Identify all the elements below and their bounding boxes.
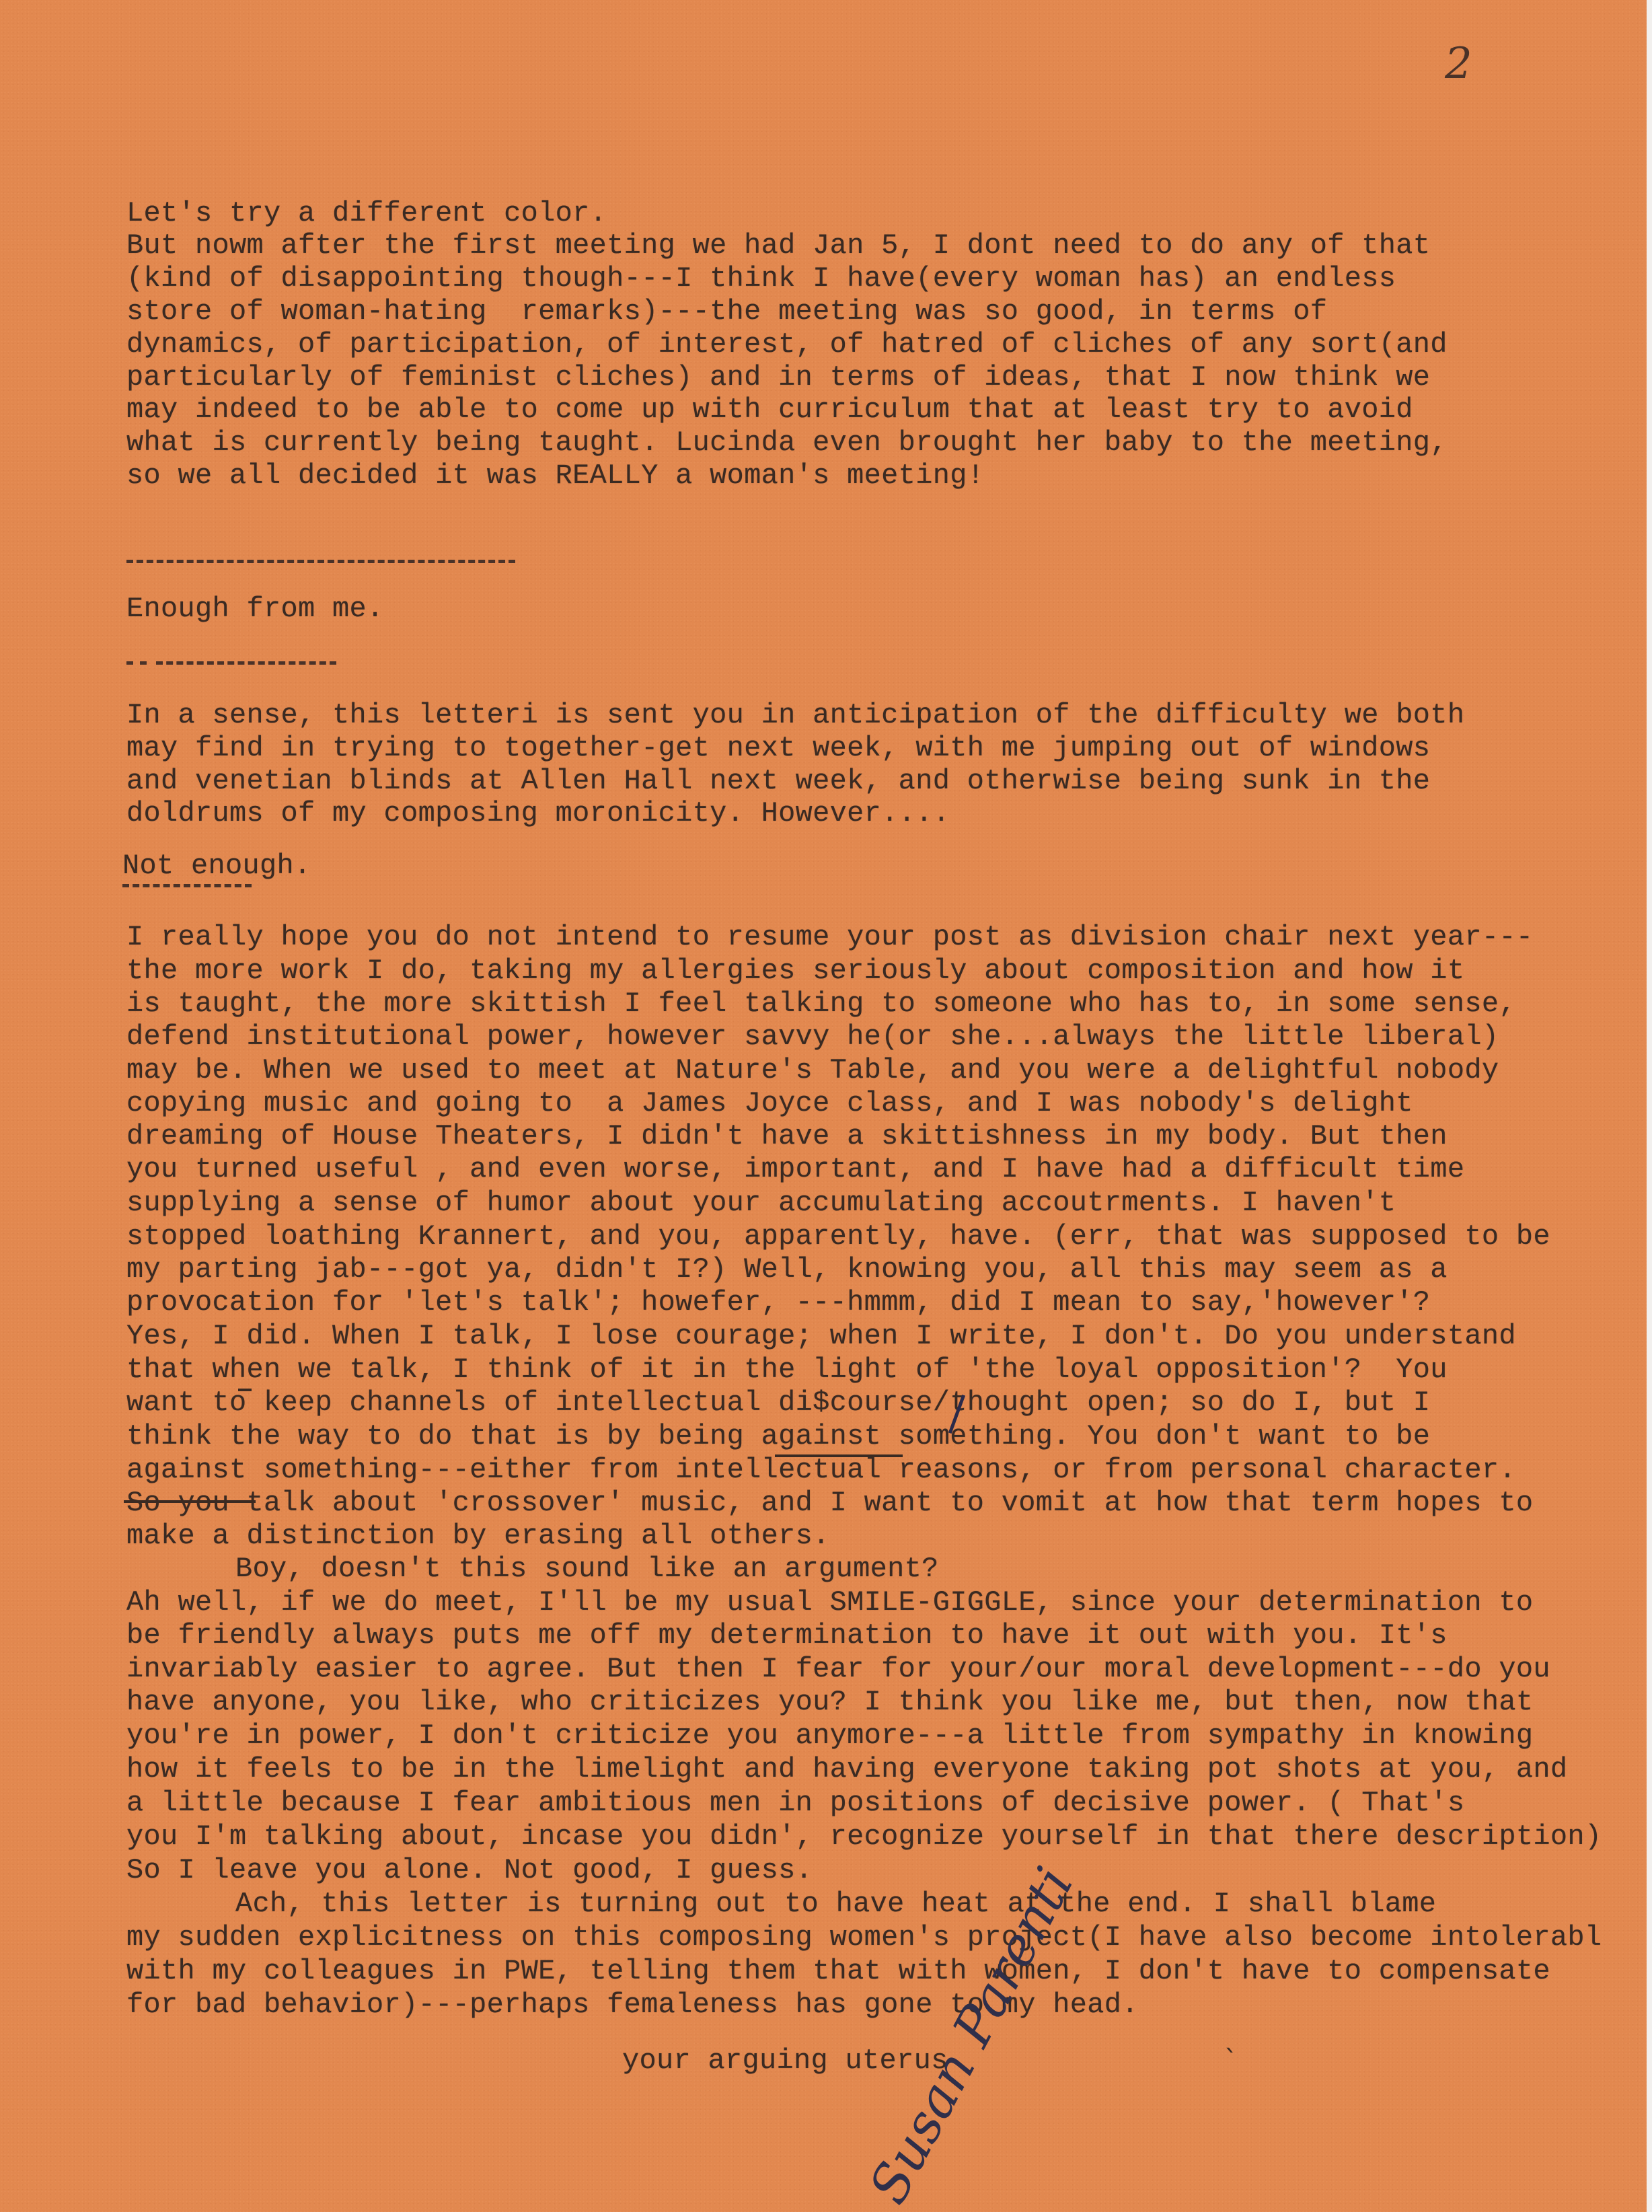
text-line: and venetian blinds at Allen Hall next w… (126, 764, 1430, 798)
text-line: may indeed to be able to come up with cu… (126, 393, 1413, 427)
text-line: want to keep channels of intellectual di… (126, 1386, 1430, 1420)
text-line: against something---either from intellec… (126, 1453, 1516, 1487)
text-line: copying music and going to a James Joyce… (126, 1086, 1413, 1120)
heading-enough: Enough from me. (126, 592, 384, 626)
text-line: dynamics, of participation, of interest,… (126, 328, 1448, 361)
text-line: Let's try a different color. (126, 196, 607, 230)
text-line: how it feels to be in the limelight and … (126, 1753, 1567, 1786)
text-line: stopped loathing Krannert, and you, appa… (126, 1220, 1550, 1253)
closing-line: your arguing uterus (622, 2044, 948, 2077)
text-line: make a distinction by erasing all others… (126, 1519, 830, 1553)
text-line: may find in trying to together-get next … (126, 731, 1430, 765)
underline-mark (124, 1500, 256, 1503)
separator-dashes (126, 560, 515, 563)
page-number: 2 (1445, 39, 1472, 89)
text-line: a little because I fear ambitious men in… (126, 1786, 1464, 1820)
text-line: Ah well, if we do meet, I'll be my usual… (126, 1586, 1533, 1619)
text-line: you I'm talking about, incase you didn',… (126, 1820, 1602, 1853)
text-line-indented: Boy, doesn't this sound like an argument… (235, 1552, 939, 1586)
text-line: doldrums of my composing moronicity. How… (126, 797, 950, 830)
text-line: supplying a sense of humor about your ac… (126, 1186, 1396, 1220)
text-line: my sudden explicitness on this composing… (126, 1921, 1602, 1954)
letter-page: 2 Let's try a different color. But nowm … (0, 0, 1647, 2212)
text-line: In a sense, this letteri is sent you in … (126, 698, 1464, 732)
underline-mark (775, 1454, 903, 1457)
text-line: my parting jab---got ya, didn't I?) Well… (126, 1253, 1448, 1286)
text-line: dreaming of House Theaters, I didn't hav… (126, 1119, 1448, 1153)
text-line: you turned useful , and even worse, impo… (126, 1152, 1464, 1186)
text-line: Yes, I did. When I talk, I lose courage;… (126, 1319, 1516, 1353)
text-line: the more work I do, taking my allergies … (126, 954, 1464, 988)
text-line: defend institutional power, however savv… (126, 1020, 1499, 1054)
text-line: So I leave you alone. Not good, I guess. (126, 1853, 813, 1887)
text-line: So you talk about 'crossover' music, and… (126, 1486, 1533, 1520)
text-line: be friendly always puts me off my determ… (126, 1619, 1448, 1652)
text-line: invariably easier to agree. But then I f… (126, 1652, 1550, 1686)
text-line: is taught, the more skittish I feel talk… (126, 987, 1516, 1021)
stray-tick-mark: ` (1224, 2045, 1238, 2076)
text-line: that when we talk, I think of it in the … (126, 1353, 1448, 1387)
text-line: with my colleagues in PWE, telling them … (126, 1954, 1550, 1988)
text-line: store of woman-hating remarks)---the mee… (126, 295, 1327, 328)
text-line: so we all decided it was REALLY a woman'… (126, 459, 984, 492)
heading-not-enough: Not enough. (122, 849, 311, 883)
text-line: what is currently being taught. Lucinda … (126, 426, 1448, 459)
text-line: I really hope you do not intend to resum… (126, 920, 1533, 954)
text-line: particularly of feminist cliches) and in… (126, 361, 1430, 394)
text-line: have anyone, you like, who criticizes yo… (126, 1685, 1533, 1719)
text-line: think the way to do that is by being aga… (126, 1420, 1430, 1453)
text-line: may be. When we used to meet at Nature's… (126, 1054, 1499, 1087)
underline-dashes (122, 884, 252, 887)
text-line: provocation for 'let's talk'; howefer, -… (126, 1286, 1430, 1319)
text-line: you're in power, I don't criticize you a… (126, 1719, 1533, 1753)
separator-dashes (156, 661, 336, 665)
text-line: (kind of disappointing though---I think … (126, 262, 1396, 295)
separator-dashes-short (126, 661, 147, 665)
text-line-indented: Ach, this letter is turning out to have … (235, 1887, 1436, 1921)
underline-mark (238, 1389, 252, 1391)
text-line: But nowm after the first meeting we had … (126, 229, 1430, 262)
